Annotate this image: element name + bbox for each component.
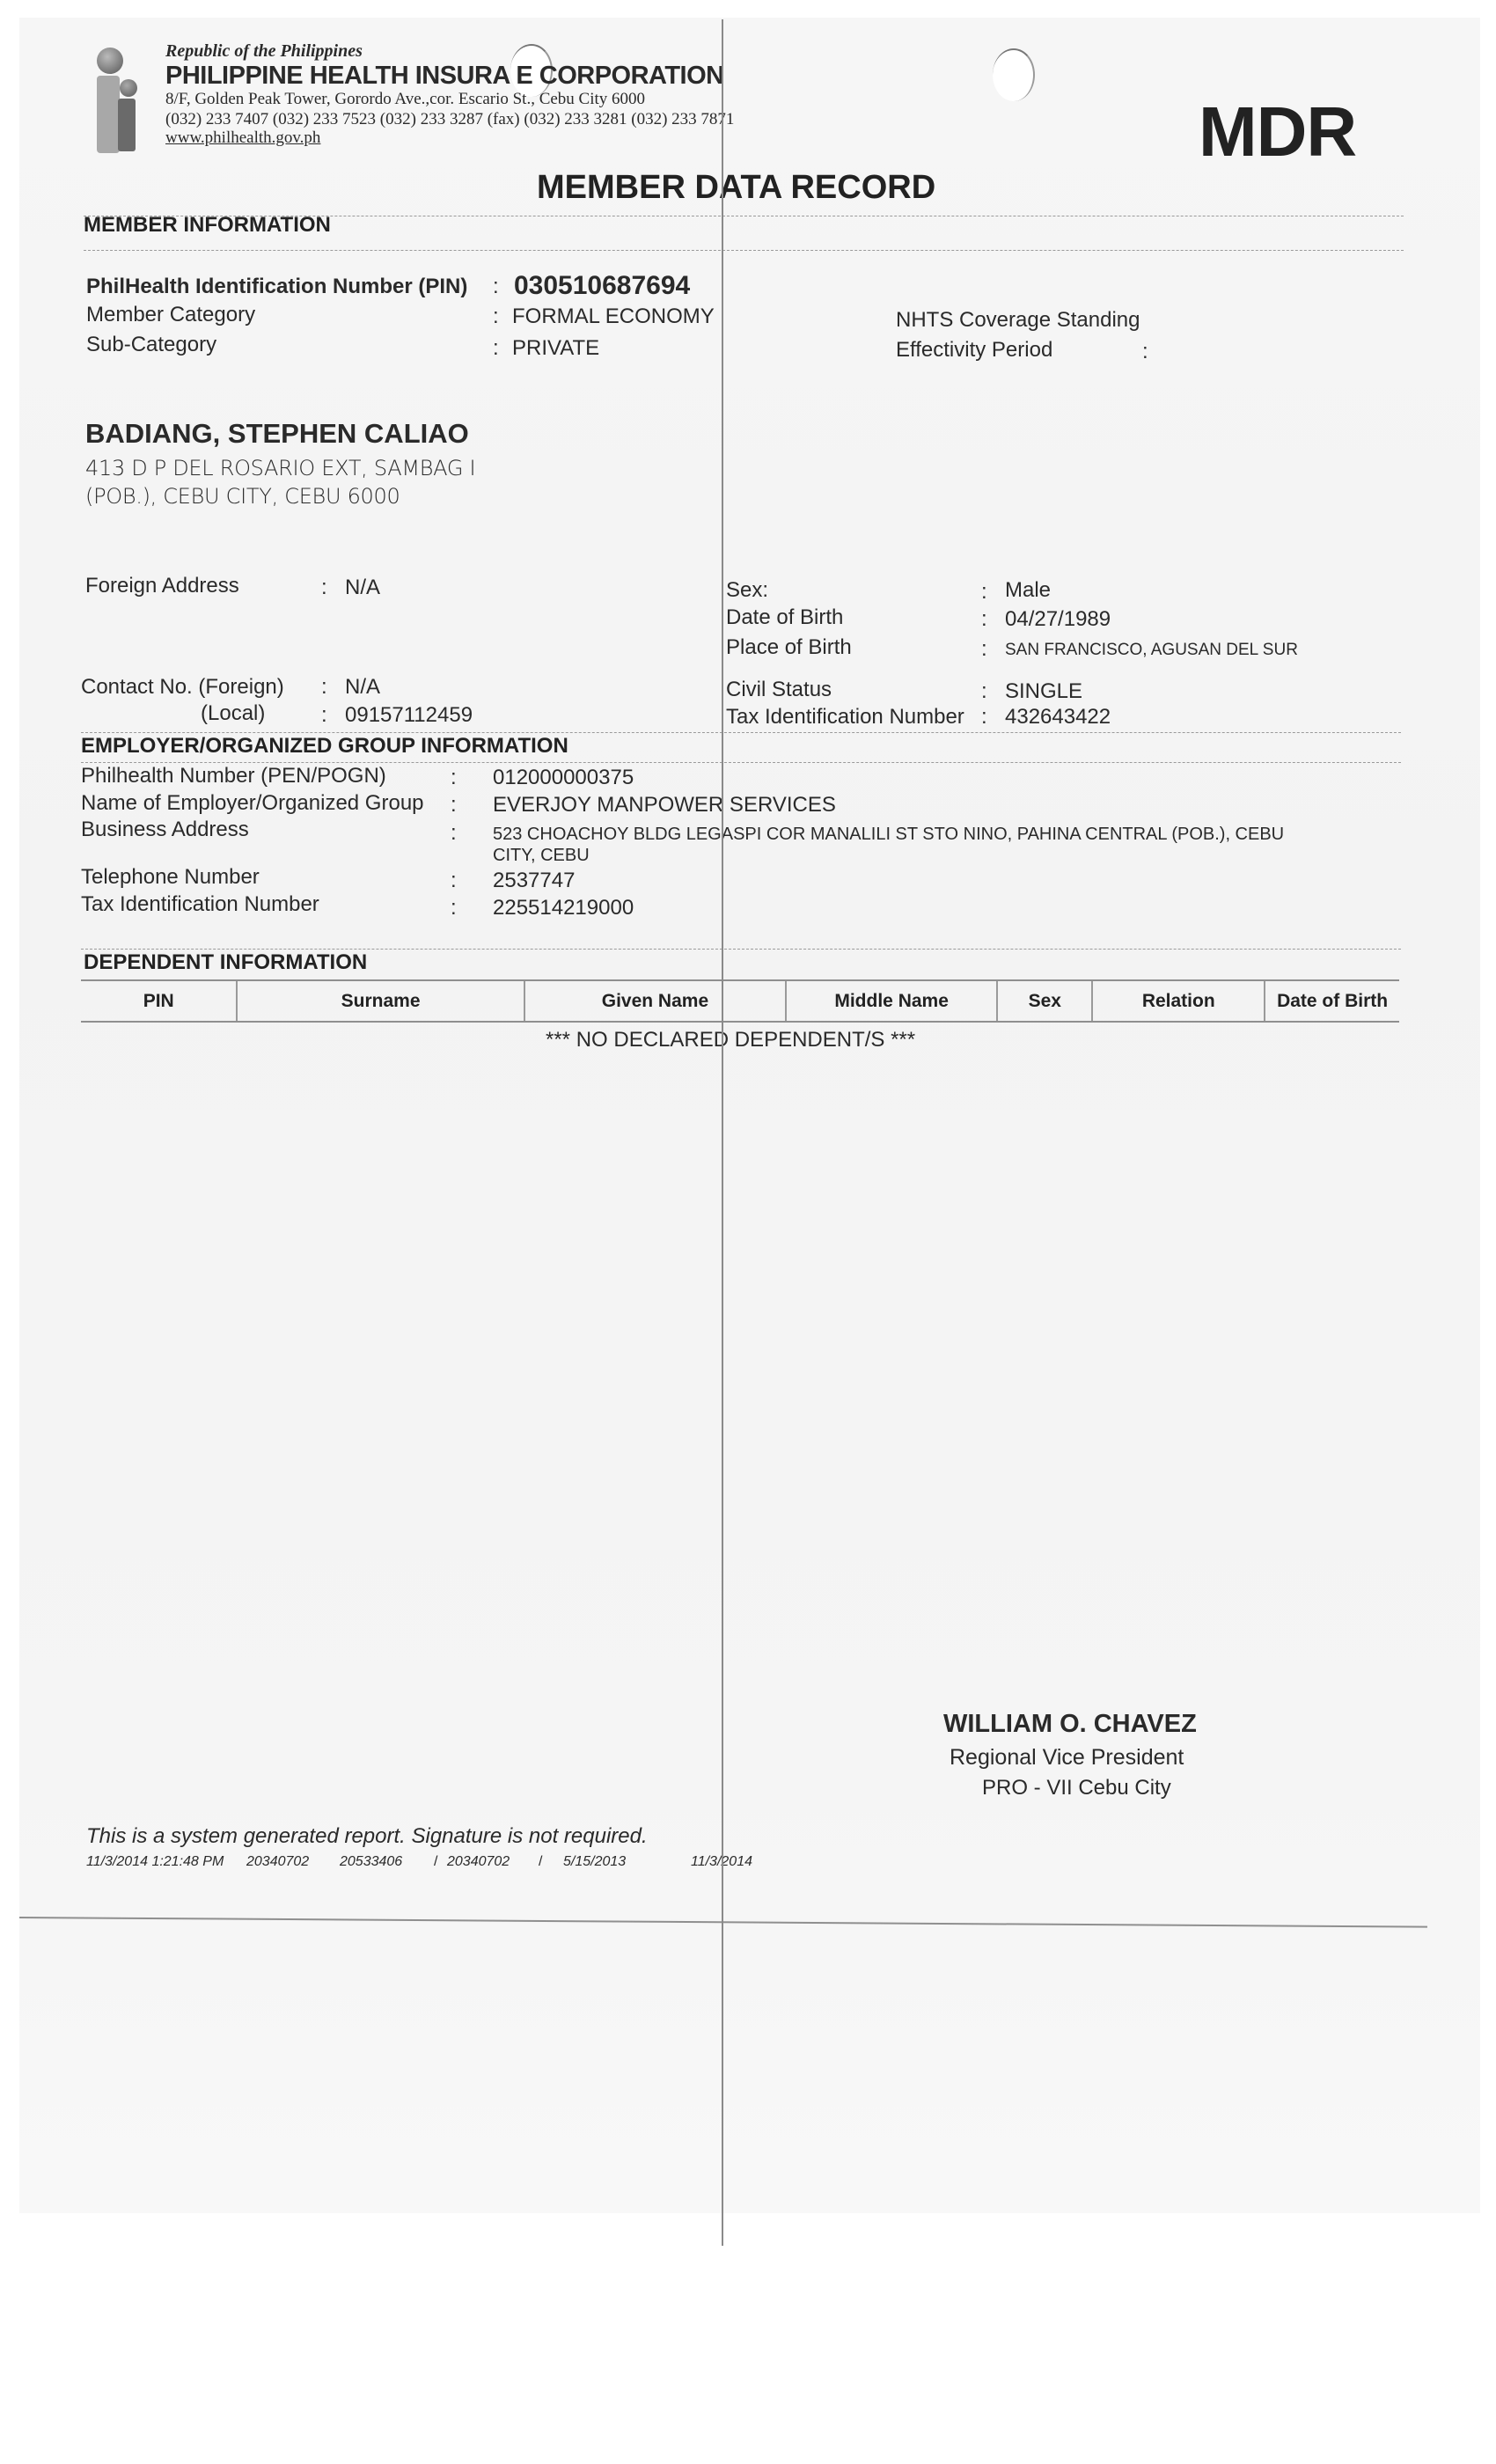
sub-category-value: PRIVATE (512, 336, 599, 361)
system-generated-note: This is a system generated report. Signa… (86, 1824, 648, 1849)
member-address-line1: 413 D P DEL ROSARIO EXT, SAMBAG I (85, 456, 475, 480)
contact-local-value: 09157112459 (345, 703, 473, 728)
colon: : (321, 703, 327, 728)
section-title-employer: EMPLOYER/ORGANIZED GROUP INFORMATION (81, 734, 568, 759)
colon: : (493, 336, 499, 361)
divider (81, 949, 1401, 950)
tin-label: Tax Identification Number (726, 705, 964, 730)
signatory-office: PRO - VII Cebu City (982, 1776, 1171, 1800)
sex-label: Sex: (726, 578, 768, 603)
business-address-line2: CITY, CEBU (493, 846, 590, 866)
website-link[interactable]: www.philhealth.gov.ph (165, 128, 320, 148)
telephone-label: Telephone Number (81, 865, 260, 890)
foreign-address-value: N/A (345, 576, 380, 600)
signatory-position: Regional Vice President (950, 1745, 1184, 1771)
office-phones: (032) 233 7407 (032) 233 7523 (032) 233 … (165, 110, 734, 129)
corporation-name: PHILIPPINE HEALTH INSURA E CORPORATION (165, 62, 724, 91)
pob-value: SAN FRANCISCO, AGUSAN DEL SUR (1005, 641, 1298, 660)
effectivity-label: Effectivity Period (896, 338, 1052, 363)
divider (81, 762, 1401, 763)
footer-field: 20533406 (340, 1854, 402, 1870)
col-header-dob: Date of Birth (1265, 980, 1399, 1022)
page-title: MEMBER DATA RECORD (537, 169, 935, 207)
col-header-pin: PIN (81, 980, 237, 1022)
pin-label: PhilHealth Identification Number (PIN) (86, 275, 467, 299)
footer-field: 20340702 (447, 1854, 510, 1870)
dob-value: 04/27/1989 (1005, 607, 1111, 632)
sub-category-label: Sub-Category (86, 333, 216, 357)
contact-foreign-label: Contact No. (Foreign) (81, 675, 284, 700)
section-title-member: MEMBER INFORMATION (84, 213, 331, 238)
scanned-page (19, 18, 1480, 2213)
fold-line (722, 19, 723, 2246)
col-header-surname: Surname (237, 980, 524, 1022)
colon: : (451, 896, 457, 920)
col-header-given-name: Given Name (524, 980, 786, 1022)
business-address-label: Business Address (81, 818, 249, 842)
section-title-dependents: DEPENDENT INFORMATION (84, 950, 367, 975)
civil-status-value: SINGLE (1005, 679, 1082, 704)
colon: : (321, 675, 327, 700)
contact-local-label: (Local) (201, 701, 265, 726)
member-name: BADIANG, STEPHEN CALIAO (85, 418, 469, 450)
dependents-header-row: PIN Surname Given Name Middle Name Sex R… (81, 980, 1399, 1022)
civil-status-label: Civil Status (726, 678, 832, 702)
dependents-table: PIN Surname Given Name Middle Name Sex R… (81, 979, 1399, 1023)
signatory-name: WILLIAM O. CHAVEZ (943, 1710, 1197, 1739)
colon: : (451, 793, 457, 818)
member-category-value: FORMAL ECONOMY (512, 304, 715, 329)
colon: : (981, 607, 987, 632)
dob-label: Date of Birth (726, 605, 843, 630)
republic-label: Republic of the Philippines (165, 41, 363, 62)
employer-name-label: Name of Employer/Organized Group (81, 791, 424, 816)
pen-value: 012000000375 (493, 766, 634, 790)
col-header-middle-name: Middle Name (786, 980, 997, 1022)
footer-field: 5/15/2013 (563, 1854, 626, 1870)
form-code: MDR (1199, 92, 1356, 172)
foreign-address-label: Foreign Address (85, 574, 239, 598)
footer-field: 20340702 (246, 1854, 309, 1870)
business-address-line1: 523 CHOACHOY BLDG LEGASPI COR MANALILI S… (493, 825, 1284, 845)
colon: : (1142, 340, 1148, 364)
pin-value: 030510687694 (514, 271, 690, 301)
no-dependents-message: *** NO DECLARED DEPENDENT/S *** (546, 1028, 915, 1052)
tin-value: 432643422 (1005, 705, 1111, 730)
footer-timestamp: 11/3/2014 1:21:48 PM (86, 1854, 224, 1870)
philhealth-logo-icon (92, 42, 144, 157)
nhts-label: NHTS Coverage Standing (896, 308, 1140, 333)
colon: : (981, 705, 987, 730)
colon: : (981, 679, 987, 704)
col-header-relation: Relation (1092, 980, 1265, 1022)
employer-tin-value: 225514219000 (493, 896, 634, 920)
colon: : (493, 275, 499, 299)
footer-separator: / (434, 1854, 437, 1870)
colon: : (451, 766, 457, 790)
office-address: 8/F, Golden Peak Tower, Gorordo Ave.,cor… (165, 90, 645, 109)
telephone-value: 2537747 (493, 869, 575, 893)
col-header-sex: Sex (997, 980, 1092, 1022)
colon: : (451, 821, 457, 846)
colon: : (321, 576, 327, 600)
member-address-line2: (POB.), CEBU CITY, CEBU 6000 (85, 484, 400, 509)
colon: : (981, 637, 987, 662)
pob-label: Place of Birth (726, 635, 852, 660)
divider (84, 250, 1404, 251)
pen-label: Philhealth Number (PEN/POGN) (81, 764, 386, 788)
footer-separator: / (539, 1854, 542, 1870)
contact-foreign-value: N/A (345, 675, 380, 700)
employer-tin-label: Tax Identification Number (81, 892, 319, 917)
colon: : (493, 304, 499, 329)
divider (81, 732, 1401, 733)
sex-value: Male (1005, 578, 1051, 603)
member-category-label: Member Category (86, 303, 255, 327)
punch-hole (993, 48, 1035, 101)
colon: : (981, 580, 987, 605)
employer-name-value: EVERJOY MANPOWER SERVICES (493, 793, 836, 818)
colon: : (451, 869, 457, 893)
